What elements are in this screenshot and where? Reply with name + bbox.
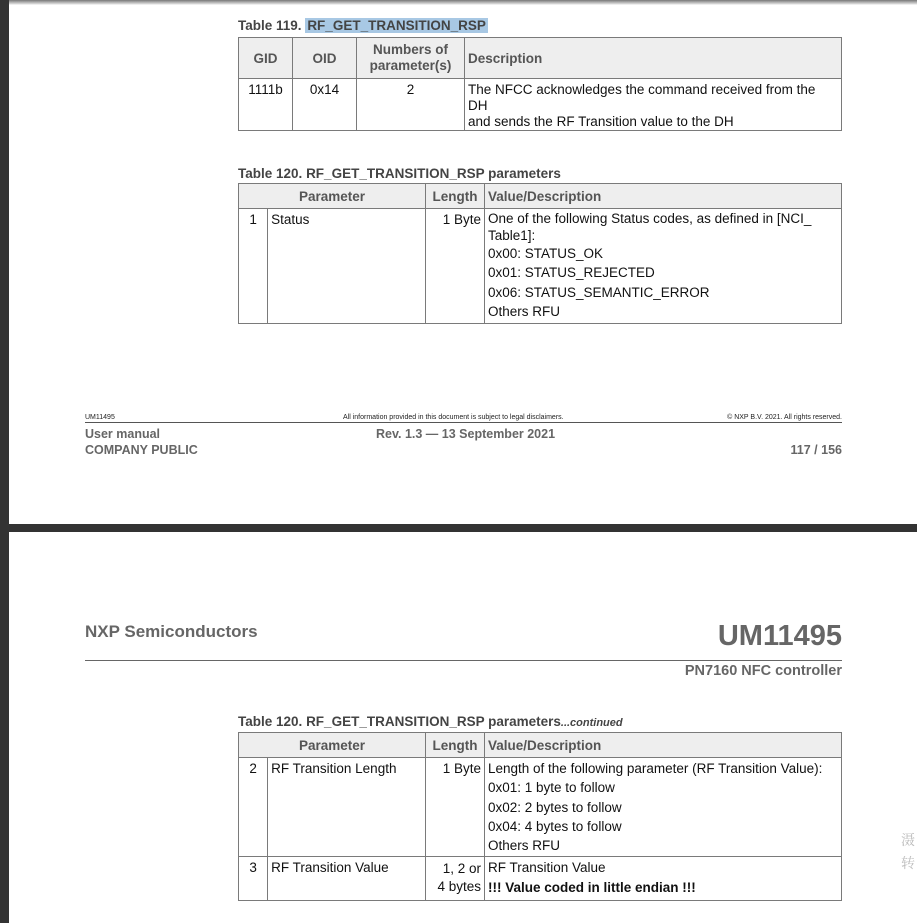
table-119-label: Table 119.: [238, 18, 302, 33]
footer-doc-id: UM11495: [85, 414, 115, 421]
header-company: NXP Semiconductors: [85, 622, 258, 642]
table-120-caption: Table 120. RF_GET_TRANSITION_RSP paramet…: [238, 166, 561, 181]
table-120-continued-caption: Table 120. RF_GET_TRANSITION_RSP paramet…: [238, 714, 623, 729]
table-119: GID OID Numbers of parameter(s) Descript…: [238, 37, 842, 131]
cell-value-description: One of the following Status codes, as de…: [485, 209, 842, 324]
viewer-left-edge: [0, 0, 9, 923]
footer-rule: [85, 422, 842, 423]
header-rule: [85, 660, 842, 661]
cell-parameter: RF Transition Length: [268, 758, 426, 857]
table-row: 3 RF Transition Value 1, 2 or 4 bytes RF…: [239, 857, 842, 901]
cell-length: 1 Byte: [426, 758, 485, 857]
header-product: PN7160 NFC controller: [685, 663, 842, 679]
table-row: 2 RF Transition Length 1 Byte Length of …: [239, 758, 842, 857]
cell-num: 2: [357, 79, 465, 131]
footer-classification: COMPANY PUBLIC: [85, 443, 198, 457]
cell-parameter: RF Transition Value: [268, 857, 426, 901]
header-gid: GID: [239, 38, 293, 79]
cell-oid: 0x14: [293, 79, 357, 131]
table-row: 1111b 0x14 2 The NFCC acknowledges the c…: [239, 79, 842, 131]
table-120: Parameter Length Value/Description 1 Sta…: [238, 183, 842, 324]
header-oid: OID: [293, 38, 357, 79]
footer-doc-type: User manual: [85, 427, 160, 441]
table-120-continued: Parameter Length Value/Description 2 RF …: [238, 732, 842, 901]
cell-num: 3: [239, 857, 268, 901]
cell-length: 1, 2 or 4 bytes: [426, 857, 485, 901]
cell-num: 1: [239, 209, 268, 324]
cell-num: 2: [239, 758, 268, 857]
header-description: Description: [465, 38, 842, 79]
table-119-title-highlighted[interactable]: RF_GET_TRANSITION_RSP: [305, 18, 488, 33]
cell-gid: 1111b: [239, 79, 293, 131]
header-value-description: Value/Description: [485, 184, 842, 209]
header-parameter: Parameter: [239, 733, 426, 758]
header-parameter: Parameter: [239, 184, 426, 209]
cell-description: The NFCC acknowledges the command receiv…: [465, 79, 842, 131]
cell-value-description: Length of the following parameter (RF Tr…: [485, 758, 842, 857]
footer-page-number: 117 / 156: [791, 443, 842, 457]
header-doc-id: UM11495: [718, 620, 842, 653]
cell-value-description: RF Transition Value !!! Value coded in l…: [485, 857, 842, 901]
footer-copyright: © NXP B.V. 2021. All rights reserved.: [727, 414, 842, 421]
footer-revision: Rev. 1.3 — 13 September 2021: [376, 427, 555, 441]
little-endian-note: !!! Value coded in little endian !!!: [488, 878, 838, 897]
header-num-params: Numbers of parameter(s): [357, 38, 465, 79]
header-value-description: Value/Description: [485, 733, 842, 758]
cell-parameter: Status: [268, 209, 426, 324]
page-separator: [0, 524, 917, 532]
continued-label: ...continued: [561, 717, 623, 729]
header-length: Length: [426, 184, 485, 209]
header-length: Length: [426, 733, 485, 758]
page-top-shadow: [9, 0, 917, 5]
table-row: 1 Status 1 Byte One of the following Sta…: [239, 209, 842, 324]
clipped-side-text: 滠 转: [901, 829, 917, 875]
table-119-caption: Table 119. RF_GET_TRANSITION_RSP: [238, 18, 488, 33]
footer-disclaimer: All information provided in this documen…: [343, 414, 564, 421]
cell-length: 1 Byte: [426, 209, 485, 324]
